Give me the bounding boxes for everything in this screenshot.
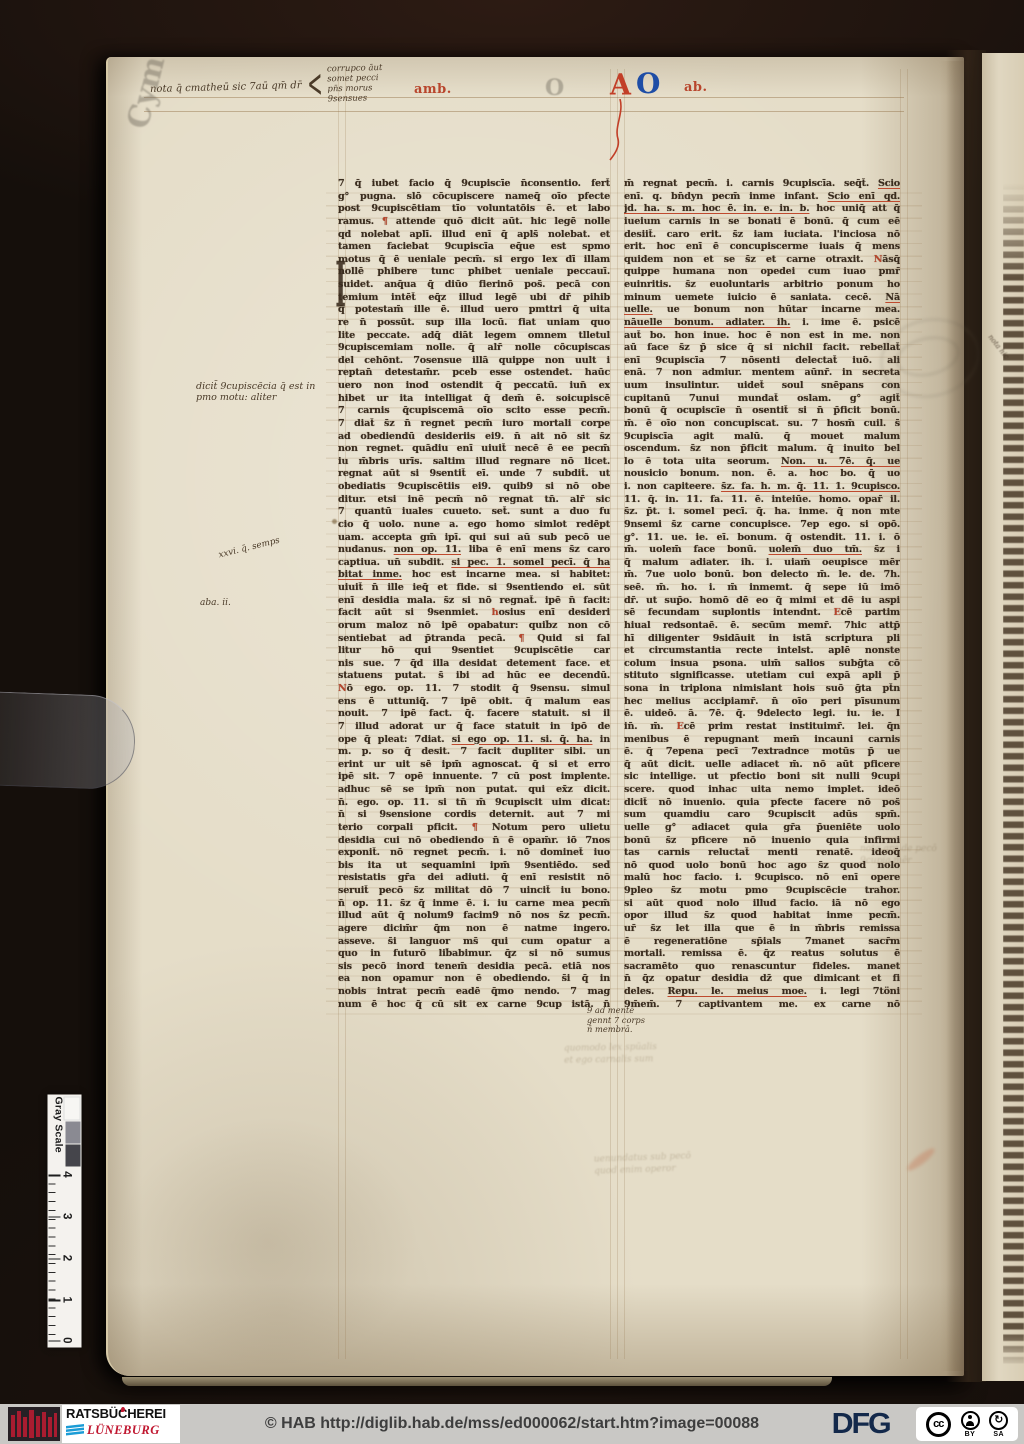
cc-sa-glyph: ↻: [994, 1413, 1003, 1426]
cc-by-label: BY: [965, 1431, 976, 1438]
manuscript-line: q̄ potestam̄ ille ē. illud uero pmttri q…: [338, 304, 610, 317]
manuscript-line: nollē phibere tunc phibet ueniale peccau…: [338, 266, 610, 279]
manuscript-line: 9cupiscemiam nolle. q̄ alr̄ nolle cōcupi…: [338, 342, 610, 355]
manuscript-line: 7 carnis q̄cupiscemā oīo scito esse pecm…: [338, 405, 610, 418]
manuscript-line: dicit̄ nō inuenio. quia pfecte facere nō…: [624, 797, 900, 810]
adjacent-page-edge: nota hic: [982, 53, 1024, 1381]
manuscript-line: stituto significasse. utetiam cui expā a…: [624, 670, 900, 683]
ruler-major-tick: [48, 1174, 60, 1176]
grayscale-ruler: Gray Scale 4 3 2 1 0: [47, 1094, 81, 1347]
manuscript-line: ens ē uttuniq̄. 7 ipē obit. q̄ malum eas: [338, 696, 610, 709]
manuscript-line: colum insua psona. uim̄ salios subḡta cō: [624, 658, 900, 671]
manuscript-line: asseve. s̄i languor ms̄ qui cum opatur a: [338, 936, 610, 949]
cc-logo-icon: cc: [926, 1412, 951, 1437]
marginal-note-item: 9sensues: [328, 93, 384, 104]
manuscript-line: sic intellige. ut pfectio boni sit nulli…: [624, 771, 900, 784]
manuscript-line: n̄ si 9sensione cordis deternit. aut 7 m…: [338, 809, 610, 822]
manuscript-line: euinritis. s̄z euoluntaris arbitrio ponu…: [624, 279, 900, 292]
manuscript-line: g°. 11. ue. ie. eī. bonum. q̄ ostendit. …: [624, 532, 900, 545]
cc-sa-label: SA: [993, 1431, 1004, 1438]
manuscript-line: iueium carnis in se bonati ē bonū. q̄ cu…: [624, 216, 900, 229]
manuscript-line: enā. 7 non admiur. mentem aūnr̄. in secr…: [624, 367, 900, 380]
manuscript-line: re n̄ possūt. sup illa locū. fiat uniam …: [338, 317, 610, 330]
manuscript-line: 11. q̄. in. 11. fa. 11. ē. inteiūe. homo…: [624, 494, 900, 507]
manuscript-line: in̄. m̄. Ecē prim restat instituimr̄. le…: [624, 721, 900, 734]
manuscript-line: seruit̄ pecō s̄z militat dō 7 uincit̄ iu…: [338, 885, 610, 898]
footer-bar: RATSBÜCHEREI LÜNEBURG © HAB http://digli…: [0, 1404, 1024, 1444]
manuscript-line: quidem non et se s̄z et carne otraxit. N…: [624, 254, 900, 267]
cc-sa-arrow-icon: ↻: [989, 1411, 1008, 1430]
manuscript-line: sis pecō inord tenem̄ desidia pecā. etiā…: [338, 961, 610, 974]
manuscript-line: adhuc sē se ipm̄ non putat. qui ex̄z dic…: [338, 784, 610, 797]
manuscript-line: erint ur uit sē ipm̄ agnoscat. q̄ si et …: [338, 759, 610, 772]
manuscript-line: resistatis gr̄a dei adiuti. q̄ enī resis…: [338, 872, 610, 885]
bleed-through-text: quomodo lex spūalis et ego carnalis sum: [564, 1041, 657, 1067]
manuscript-line: hiual redsontaē. ē. secūm memr̄. 7hic at…: [624, 620, 900, 633]
cc-sa-item: ↻ SA: [989, 1411, 1008, 1438]
manuscript-line: nouit. 7 ipē fact. q̄. facere statuit. s…: [338, 708, 610, 721]
manuscript-line: sentiebat ad p̄tranda pecā. ¶ Quid si fa…: [338, 633, 610, 646]
manuscript-line: bonū s̄z pficere nō inuenio quia infirmi: [624, 835, 900, 848]
manuscript-line: quippe humana non opedei cum iuao pmr̄: [624, 266, 900, 279]
manuscript-line: n̄ op. 11. s̄z q̄ inme ē. i. iu carne me…: [338, 898, 610, 911]
manuscript-line: sacramēto quo renascuntur fideles. manet: [624, 961, 900, 974]
manuscript-line: regnat aūt si 9sentit̄ eī. unde 7 subdit…: [338, 468, 610, 481]
manuscript-line: uelle g° adiacet quia gr̄a p̄ueniēte uol…: [624, 822, 900, 835]
manuscript-line: nousicio bonum. non. ē. a. hoc bo. q̄ uo: [624, 468, 900, 481]
manuscript-line: temium intēt̄ eq̄z illud legē ubi dr̄ pi…: [338, 292, 610, 305]
manuscript-line: motus q̄ ē ueniale pecm̄. si ergo lex dī…: [338, 254, 610, 267]
running-title-left: amb.: [414, 83, 452, 97]
manuscript-line: num ē hoc q̄ cū sit ex carne 9cup istā. …: [338, 999, 610, 1012]
manuscript-line: aū face s̄z p̄ sice q̄ si nichil facit. …: [624, 342, 900, 355]
bleed-through-line: nota gra de pecō: [860, 843, 937, 855]
manuscript-line: jd. ha. s. m. hoc ē. in. e. in. b. hoc u…: [624, 203, 900, 216]
grayscale-ruler-head: Gray Scale: [47, 1094, 81, 1170]
marginal-note-line: pmo motu: aliter: [196, 392, 315, 403]
manuscript-line: desiit̄. caro erit. s̄z iam iuciata. l'i…: [624, 229, 900, 242]
adjacent-page-text: [1003, 183, 1024, 1368]
manuscript-line: nudanus. non op. 11. liba ē enī mens s̄z…: [338, 544, 610, 557]
marginal-note-dicitur: dicit̄ 9cupiscēcia q̄ est in pmo motu: a…: [196, 381, 315, 403]
header-rule: [144, 111, 904, 112]
manuscript-line: obediatis 9cupiscētiis ei9. quib9 si nō …: [338, 481, 610, 494]
manuscript-line: Nō ego. op. 11. 7 stodit q̄ 9sensu. simu…: [338, 683, 610, 696]
manuscript-line: tamen faciebat 9cupiscīa eq̄ue est spmo: [338, 241, 610, 254]
manuscript-line: post 9cupiscētiam tīo voluntatōis ē. et …: [338, 203, 610, 216]
manuscript-line: dr̄. ut sup̄o. homō dē eo q̄ mimi et dē …: [624, 595, 900, 608]
ruler-number: 1: [60, 1296, 72, 1302]
manuscript-line: mortali. remissa ē. q̄z reatus solutus ē: [624, 948, 900, 961]
manuscript-line: terio corpali pficit. ¶ Notum pero uliet…: [338, 822, 610, 835]
photo-background: amb. O A O ab. nota q̄ cmatheū sic 7aū q…: [0, 0, 1024, 1404]
manuscript-line: tas carnis reluctat̄ menti renatē. ideoq…: [624, 847, 900, 860]
grayscale-ruler-body: Gray Scale 4 3 2 1 0: [47, 1094, 81, 1347]
manuscript-line: 9m̄em̄. 7 captivantem me. ex carne nō: [624, 999, 900, 1012]
manuscript-line: enī desidia mala. s̄z si nō regnat̄. ipē…: [338, 595, 610, 608]
manuscript-line: 7 diat̄ s̄z n̄ regnet pecm̄ iuro mortali…: [338, 418, 610, 431]
manuscript-line: g° pugna. slō cōcupiscere nameq̄ oīo pfe…: [338, 191, 610, 204]
bleed-through-text: nota gra de pecō 9cupia mēr: [860, 843, 937, 867]
grayscale-scale: 4 3 2 1 0: [47, 1174, 81, 1341]
manuscript-line: et circumstantia recte intelst. aplē non…: [624, 645, 900, 658]
manuscript-line: uum insulintur. uidet̄ soul snēpans con: [624, 380, 900, 393]
marginal-note-text: nota q̄ cmatheū sic 7aū qm̄ dr̄: [150, 80, 302, 95]
manuscript-line: m̄ regnat pecm̄. i. carnis 9cupiscīa. se…: [624, 178, 900, 191]
dfg-logo: DFG: [832, 1406, 890, 1442]
manuscript-line: q̄ malum adiater. ih. i. uiam̄ oeupisce …: [624, 557, 900, 570]
binding-gutter: [946, 50, 986, 1382]
manuscript-line: opor illud s̄z quod habitat inme pecm̄.: [624, 910, 900, 923]
manuscript-line: uelle. ue bonum non hūtar incarne mea.: [624, 304, 900, 317]
manuscript-line: cupitanū 7unui mundat̄ oslam. g° agit̄: [624, 393, 900, 406]
grayscale-patches: [65, 1096, 80, 1170]
manuscript-line: deles. Repu. le. meius moe. i. legi 7tön…: [624, 986, 900, 999]
manuscript-line: m̄. 7ue uolo bonū. bon delecto m̄. le. d…: [624, 569, 900, 582]
manuscript-line: hī diligenter 9sidāuit in istā scriptura…: [624, 633, 900, 646]
text-column-right: m̄ regnat pecm̄. i. carnis 9cupiscīa. se…: [624, 178, 900, 1016]
cc-license-badge: cc BY ↻ SA: [916, 1407, 1018, 1441]
red-smudge: [905, 1145, 937, 1173]
patch-gray: [65, 1121, 80, 1143]
manuscript-line: facit aūt si 9senmiet. hosius enī deside…: [338, 607, 610, 620]
manuscript-line: nis sue. 7 q̄d illa desidat detement fac…: [338, 658, 610, 671]
manuscript-line: oscendum. s̄z non p̄ficit malum. q̄ inui…: [624, 443, 900, 456]
manuscript-line: i. non capiteere. s̄z. fa. h. m. q̄. 11.…: [624, 481, 900, 494]
cc-by-person-icon: [961, 1411, 980, 1430]
header-initial-blue: O: [636, 71, 660, 97]
manuscript-line: enī. q. bn̄dyn pecm̄ inme infant. Scio e…: [624, 191, 900, 204]
brace-glyph: <: [306, 68, 322, 101]
manuscript-line: ē regeneratiōne sp̄ials 7manet sacr̄m: [624, 936, 900, 949]
ruler-number: 2: [60, 1254, 72, 1260]
manuscript-line: qd nolebat aplī. illud enī q̄ apls̄ nole…: [338, 229, 610, 242]
manuscript-line: 9pleo s̄z motu pmo 9cupiscēcie trahor.: [624, 885, 900, 898]
manuscript-line: ē. q̄ 7epena pecī 7extradnce motūs p̄ ue: [624, 746, 900, 759]
manuscript-line: 7 q̄ iubet facio q̄ 9cupiscīe n̄consenti…: [338, 178, 610, 191]
manuscript-line: lo ē tota uita seorum. Non. u. 7ē. q̄. u…: [624, 456, 900, 469]
page-holder-strip: [0, 692, 137, 791]
manuscript-line: ope q̄ pleat: 7diat. si ego op. 11. si. …: [338, 734, 610, 747]
ink-stain: [332, 519, 337, 524]
manuscript-line: 9cupiscīa agit malū. q̄ mouet malum: [624, 431, 900, 444]
bleed-through-line: 9cupia mēr: [860, 855, 937, 867]
manuscript-line: reptan̄ detestam̄r. pceb esse ostendet. …: [338, 367, 610, 380]
marginal-note-list: corrupco āut somet pecci pn̄s morus 9sen…: [327, 63, 383, 104]
logo-umlaut-accent: [121, 1407, 125, 1412]
manuscript-line: malū hoc facio. i. 9cupisco. nō enī oper…: [624, 872, 900, 885]
manuscript-line: nāuelle bonum. adiater. ih. i. ime ē. ps…: [624, 317, 900, 330]
manuscript-line: enī 9cupiscīa 7 nōsenti delectat̄ iuō. a…: [624, 355, 900, 368]
manuscript-line: si aūt quod nolo illud facio. iā nō ego: [624, 898, 900, 911]
manuscript-line: uam. accepta gm̄ ipī. qui sui aū sub pec…: [338, 532, 610, 545]
manuscript-line: 9nsemi s̄z carne concupisce. 7ep ego. si…: [624, 519, 900, 532]
marginal-note-diagonal: xxvi. q̄. semps: [218, 536, 282, 562]
patch-white: [63, 1096, 80, 1120]
parchment-shading: [118, 1117, 418, 1367]
manuscript-line: bonū q̄ ocupiscīe n̄ osentit̄ si n̄ p̄fi…: [624, 405, 900, 418]
text-column-left: 7 q̄ iubet facio q̄ 9cupiscīe n̄consenti…: [338, 178, 610, 1016]
digitized-manuscript-viewer: amb. O A O ab. nota q̄ cmatheū sic 7aū q…: [0, 0, 1024, 1444]
manuscript-line: s̄z. p̄t. i. somel pecī. q̄. ha. inme. q…: [624, 506, 900, 519]
sub-annotation-line: n̄ membrā.: [587, 1025, 645, 1035]
manuscript-line: cio q̄ uolo. nune a. ego homo simlot red…: [338, 519, 610, 532]
manuscript-line: erit. hoc enī ē concupiscerme iuais q̄ m…: [624, 241, 900, 254]
manuscript-line: n̄. ego. op. 11. si tn̄ m̄ 9cupiscit uim…: [338, 797, 610, 810]
manuscript-line: hec melius accipiamr̄. n̄ oīo peri pīsun…: [624, 696, 900, 709]
manuscript-line: aut̄ bo. hon inue. hoc ē non est in me. …: [624, 330, 900, 343]
ruler-number: 4: [60, 1171, 72, 1177]
ruler-major-tick: [48, 1216, 60, 1218]
manuscript-line: exponit̄. nō regnet pecm̄. i. nō dominet…: [338, 847, 610, 860]
page-under-edge: [122, 1377, 832, 1386]
ruler-major-tick: [48, 1340, 60, 1342]
manuscript-line: lite peccate. adq̄ diāt legem omnem tlle…: [338, 330, 610, 343]
manuscript-line: del cehōnt. 7osensue illā quippe non uul…: [338, 355, 610, 368]
manuscript-line: illud aūt q̄ nolum9 facim9 nō nos s̄z pe…: [338, 910, 610, 923]
manuscript-line: sē fecundam suplontis intendnt. Ecē part…: [624, 607, 900, 620]
red-pen-flourish: [606, 99, 632, 161]
manuscript-line: nobis intrat pecm̄ eadē q̄mo nendo. 7 ma…: [338, 986, 610, 999]
manuscript-line: sum quamdiu caro 9cupiscit adūs spm̄.: [624, 809, 900, 822]
manuscript-line: bis ita ut sequamini ipm̄ 9sentiēdo. sed…: [338, 860, 610, 873]
manuscript-line: orum maloz nō ipē opabatur: quib̄z non c…: [338, 620, 610, 633]
bleed-through-line: et ego carnalis sum: [564, 1053, 657, 1067]
manuscript-line: ur̄ s̄z let illa que ē in m̄bris remissa: [624, 923, 900, 936]
manuscript-line: agere dicim̄r q̄m non ē natme ingero.: [338, 923, 610, 936]
manuscript-line: n̄ q̄z opatur desidia dz̄ que dimicant e…: [624, 973, 900, 986]
manuscript-line: scere. quod inhac uita nemo implet. ideō: [624, 784, 900, 797]
cc-by-item: BY: [961, 1411, 980, 1438]
header-initial-red: A: [610, 72, 631, 100]
manuscript-line: ea non opamur non ē obediendo. s̄i q̄ in: [338, 973, 610, 986]
manuscript-line: uiuit̄ n̄ ille ieq̄ et fide. si 9sentien…: [338, 582, 610, 595]
manuscript-line: iu m̄bris urīs. saltim illud regnare nō …: [338, 456, 610, 469]
marginal-note-aba: aba. ii.: [200, 598, 231, 609]
bleed-through-text: uenundatus sub pecō quod enim operor: [594, 1150, 692, 1177]
manuscript-line: suidet. anq̄ua q̄ diūo fierinō pos̄. pec…: [338, 279, 610, 292]
manuscript-line: 7 illud adorat ur q̄ face statuit in ipō…: [338, 721, 610, 734]
bleed-through-line: quod enim operor: [594, 1162, 691, 1177]
marginal-note-top: nota q̄ cmatheū sic 7aū qm̄ dr̄ < corrup…: [150, 63, 384, 109]
manuscript-line: ditur. etsi inē pecm̄ nō regnat tn̄. alr…: [338, 494, 610, 507]
manuscript-line: hibet ur ita intelligat q̄ dem̄ ē. soicu…: [338, 393, 610, 406]
manuscript-line: uero non inod ostendit q̄ peccatū. iun̄ …: [338, 380, 610, 393]
grayscale-label: Gray Scale: [51, 1096, 65, 1170]
manuscript-line: nō quod uolo bonū hoc ago s̄z quod nolo: [624, 860, 900, 873]
manuscript-line: seē. m̄. ho. i. m̄ inmemt. q̄ sepe iū im…: [624, 582, 900, 595]
manuscript-line: minum uemete iuicio ē saniata. cecē. Nā: [624, 292, 900, 305]
sub-annotation: 9 ad mentē gennt 7 corps n̄ membrā.: [587, 1006, 645, 1035]
manuscript-line: desidia cui nō obediendo n̄ ē opam̄r. iō…: [338, 835, 610, 848]
manuscript-line: ramus. ¶ attende quō dicit aūt. hic legē…: [338, 216, 610, 229]
running-title-right: ab.: [684, 81, 708, 95]
manuscript-line: ē. uideō. ā. 7ē. q̄. 9delecto legi. iu. …: [624, 708, 900, 721]
manuscript-page: amb. O A O ab. nota q̄ cmatheū sic 7aū q…: [106, 57, 964, 1376]
manuscript-line: m. p. so q̄ desit. 7 facit dupliter sibi…: [338, 746, 610, 759]
marginal-note-line: dicit̄ 9cupiscēcia q̄ est in: [196, 381, 315, 392]
ruler-number: 0: [60, 1337, 72, 1343]
manuscript-line: m̄. ē oīo non concupiscat. su. 7 hosm̄ c…: [624, 418, 900, 431]
manuscript-line: captiua. un̄ subdit. si pec. 1. somel pe…: [338, 557, 610, 570]
manuscript-line: ipē sit. 7 opē innuente. 7 cū post imple…: [338, 771, 610, 784]
manuscript-line: ad obediendū desideriis ei9. n̄ ait nō s…: [338, 431, 610, 444]
manuscript-line: q̄ aūt dicit. uelle adiacet m̄. nō aūt p…: [624, 759, 900, 772]
vertical-rule: [900, 69, 901, 1359]
manuscript-line: menibus ē repugnant mem̄ incauni carnis: [624, 734, 900, 747]
patch-dark: [65, 1144, 80, 1166]
manuscript-line: non regnet. quādiu enī uiuit̄ necē ē ee …: [338, 443, 610, 456]
manuscript-line: 7 quantū iuales cuueto. set̄. sunt a duo…: [338, 506, 610, 519]
manuscript-line: bitat inme. hoc est incarne mea. si habi…: [338, 569, 610, 582]
ghost-letter: O: [545, 75, 564, 101]
manuscript-line: quo in futurō lib̄abimur. q̄z si nō sumu…: [338, 948, 610, 961]
manuscript-line: statuens putat. s̄ ibi ad hūc ee decendū…: [338, 670, 610, 683]
ruler-number: 3: [60, 1213, 72, 1219]
manuscript-line: m̄. uolem̄ face bonū. uolem̄ duo tm̄. s̄…: [624, 544, 900, 557]
manuscript-line: litur hō qui 9sentiet 9cupiscētie car: [338, 645, 610, 658]
ruler-major-tick: [48, 1258, 60, 1260]
ruler-major-tick: [48, 1299, 60, 1301]
manuscript-line: sona in triplona nimislant hois suō ḡta …: [624, 683, 900, 696]
